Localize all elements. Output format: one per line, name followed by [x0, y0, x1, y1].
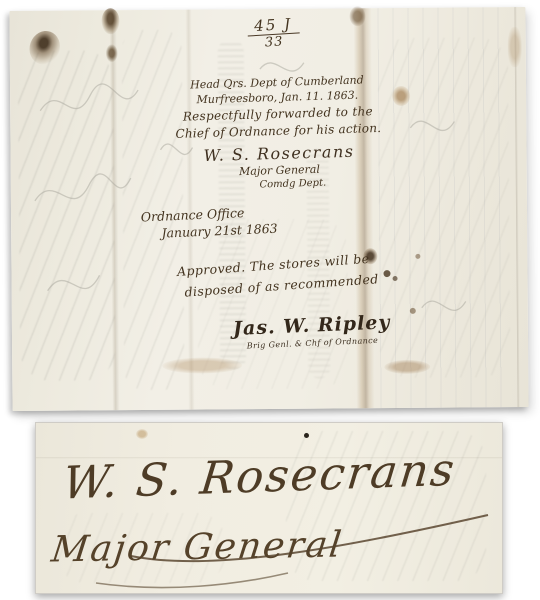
- rosecrans-endorsement: Head Qrs. Dept of Cumberland Murfreesbor…: [149, 71, 408, 194]
- auction-photo-stage: 45 J 33 Head Qrs. Dept of Cumberland Mur…: [0, 0, 540, 600]
- right-edge-stain: [508, 27, 522, 67]
- docket-numerator: 45 J: [247, 14, 300, 36]
- crease-stain: [349, 6, 365, 26]
- letter-document-photo: 45 J 33 Head Qrs. Dept of Cumberland Mur…: [9, 7, 528, 411]
- signature-closeup-photo: W. S. Rosecrans Major General: [35, 422, 503, 594]
- ink-smudge: [106, 44, 118, 62]
- closeup-signature-title: Major General: [49, 524, 345, 570]
- docket-number: 45 J 33: [235, 13, 313, 53]
- ink-smudge: [101, 8, 119, 34]
